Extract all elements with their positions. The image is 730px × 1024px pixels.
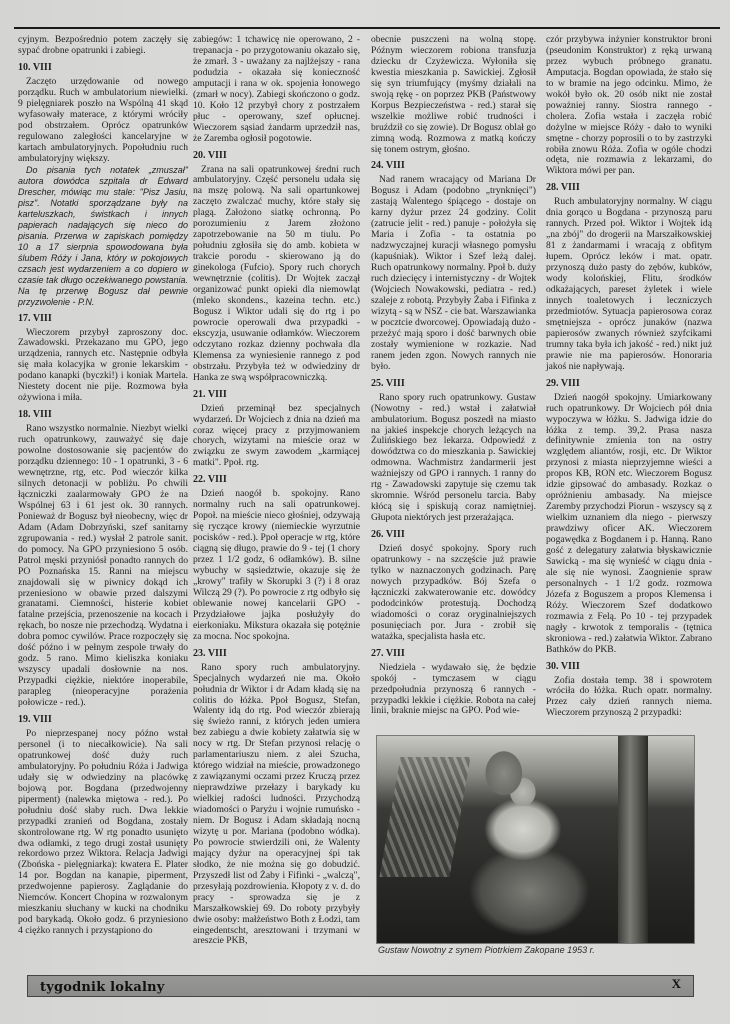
- top-rule-divider: [14, 27, 720, 29]
- entry-date-heading: 29. VIII: [546, 378, 712, 390]
- entry-date-heading: 30. VIII: [546, 661, 712, 673]
- entry-paragraph: Zaczęto urzędowanie od nowego porządku. …: [18, 77, 188, 165]
- entry-date-heading: 25. VIII: [371, 378, 536, 390]
- entry-paragraph: Zofia dostała temp. 38 i spowrotem wróci…: [546, 676, 712, 720]
- entry-date-heading: 21. VIII: [193, 389, 360, 401]
- text-column-2: zabiegów: 1 tchawicę nie operowano, 2 - …: [193, 35, 360, 947]
- newspaper-page: cyjnym. Bezpośrednio potem zaczęły się s…: [0, 0, 730, 1024]
- entry-date-heading: 27. VIII: [371, 648, 536, 660]
- entry-paragraph: Ruch ambulatoryjny normalny. W ciągu dni…: [546, 197, 712, 372]
- entry-paragraph: Dzień dosyć spokojny. Spory ruch opatrun…: [371, 544, 536, 643]
- entry-paragraph: Niedziela - wydawało się, że będzie spok…: [371, 663, 536, 718]
- photo-caption: Gustaw Nowotny z synem Piotrkiem Zakopan…: [378, 945, 698, 955]
- entry-date-heading: 23. VIII: [193, 648, 360, 660]
- entry-date-heading: 17. VIII: [18, 313, 188, 325]
- entry-paragraph: Po nieprzespanej nocy późno wstał person…: [18, 729, 188, 937]
- entry-paragraph: Nad ranem wracający od Mariana Dr Bogusz…: [371, 175, 536, 372]
- text-column-3: obecnie puszczeni na wolną stopę. Późnym…: [371, 35, 536, 717]
- entry-date-heading: 10. VIII: [18, 62, 188, 74]
- entry-paragraph: zabiegów: 1 tchawicę nie operowano, 2 - …: [193, 35, 360, 145]
- entry-paragraph: Wieczorem przybył zaproszony doc. Zawado…: [18, 328, 188, 405]
- entry-paragraph: Zrana na sali opatrunkowej średni ruch a…: [193, 165, 360, 384]
- entry-date-heading: 26. VIII: [371, 529, 536, 541]
- entry-paragraph: Dzień naogół spokojny. Umiarkowany ruch …: [546, 393, 712, 656]
- footer-bar: tygodnik lokalny X: [27, 975, 694, 997]
- page-number: X: [672, 976, 681, 992]
- entry-paragraph: Rano spory ruch opatrunkowy. Gustaw (Now…: [371, 393, 536, 524]
- entry-paragraph: czór przybywa inżynier konstruktor broni…: [546, 35, 712, 177]
- entry-date-heading: 24. VIII: [371, 160, 536, 172]
- publication-title: tygodnik lokalny: [40, 980, 165, 995]
- editor-note: Do pisania tych notatek „zmuszał" autora…: [18, 165, 188, 308]
- entry-paragraph: obecnie puszczeni na wolną stopę. Późnym…: [371, 35, 536, 155]
- entry-date-heading: 20. VIII: [193, 150, 360, 162]
- deck-chair-shape: [379, 757, 470, 877]
- entry-paragraph: Rano spory ruch ambulatoryjny. Specjalny…: [193, 663, 360, 948]
- entry-date-heading: 22. VIII: [193, 474, 360, 486]
- entry-paragraph: Rano wszystko normalnie. Niezbyt wielki …: [18, 424, 188, 709]
- photo-gustaw-nowotny-with-son: [376, 735, 695, 944]
- entry-paragraph: cyjnym. Bezpośrednio potem zaczęły się s…: [18, 35, 188, 57]
- entry-paragraph: Dzień naogół b. spokojny. Rano normalny …: [193, 489, 360, 642]
- entry-date-heading: 19. VIII: [18, 714, 188, 726]
- entry-paragraph: Dzień przeminął bez specjalnych wydarzeń…: [193, 404, 360, 470]
- text-column-1: cyjnym. Bezpośrednio potem zaczęły się s…: [18, 35, 188, 937]
- entry-date-heading: 18. VIII: [18, 409, 188, 421]
- tree-trunk-shape: [618, 736, 648, 943]
- text-column-4: czór przybywa inżynier konstruktor broni…: [546, 35, 712, 719]
- entry-date-heading: 28. VIII: [546, 182, 712, 194]
